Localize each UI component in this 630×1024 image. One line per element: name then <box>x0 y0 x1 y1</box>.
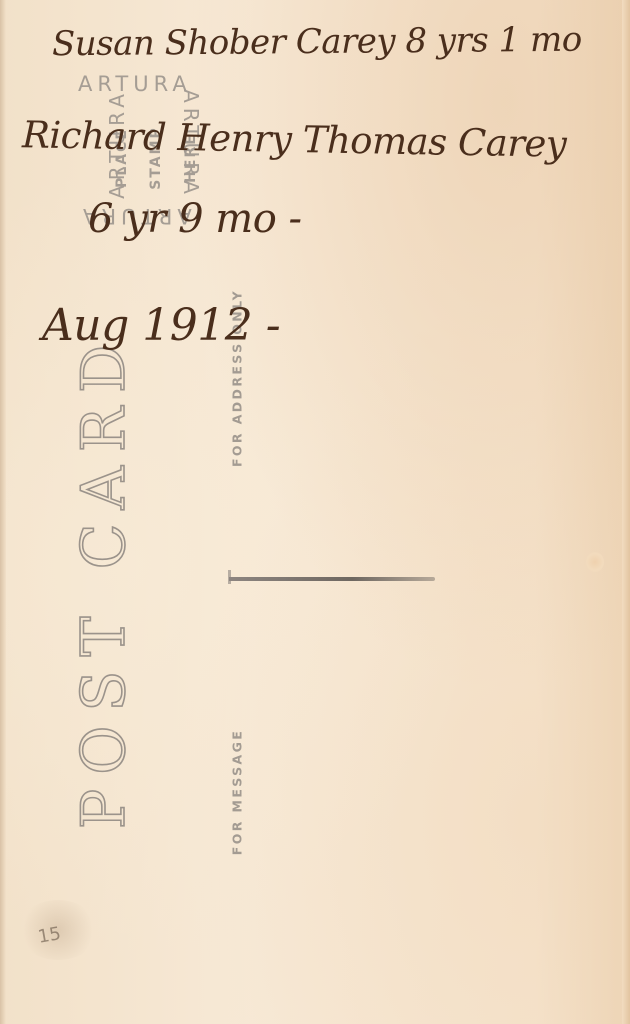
stamp-border-top: ARTURA <box>78 72 192 96</box>
address-divider-line <box>229 577 435 581</box>
post-card-title: POST CARD <box>69 331 139 829</box>
card-edge-right <box>622 0 630 1024</box>
paper-stain <box>586 552 604 572</box>
message-label: FOR MESSAGE <box>230 729 245 855</box>
corner-pencil-mark: 15 <box>36 923 62 948</box>
postcard-back: ARTURA ARTURA ARTURA ARTURA PLACE STAMP … <box>0 0 630 1024</box>
handwritten-date: Aug 1912 - <box>42 300 280 351</box>
card-edge-left <box>0 0 6 1024</box>
handwritten-line-1: Susan Shober Carey 8 yrs 1 mo <box>52 20 582 65</box>
handwritten-line-3: 6 yr 9 mo - <box>88 196 302 242</box>
